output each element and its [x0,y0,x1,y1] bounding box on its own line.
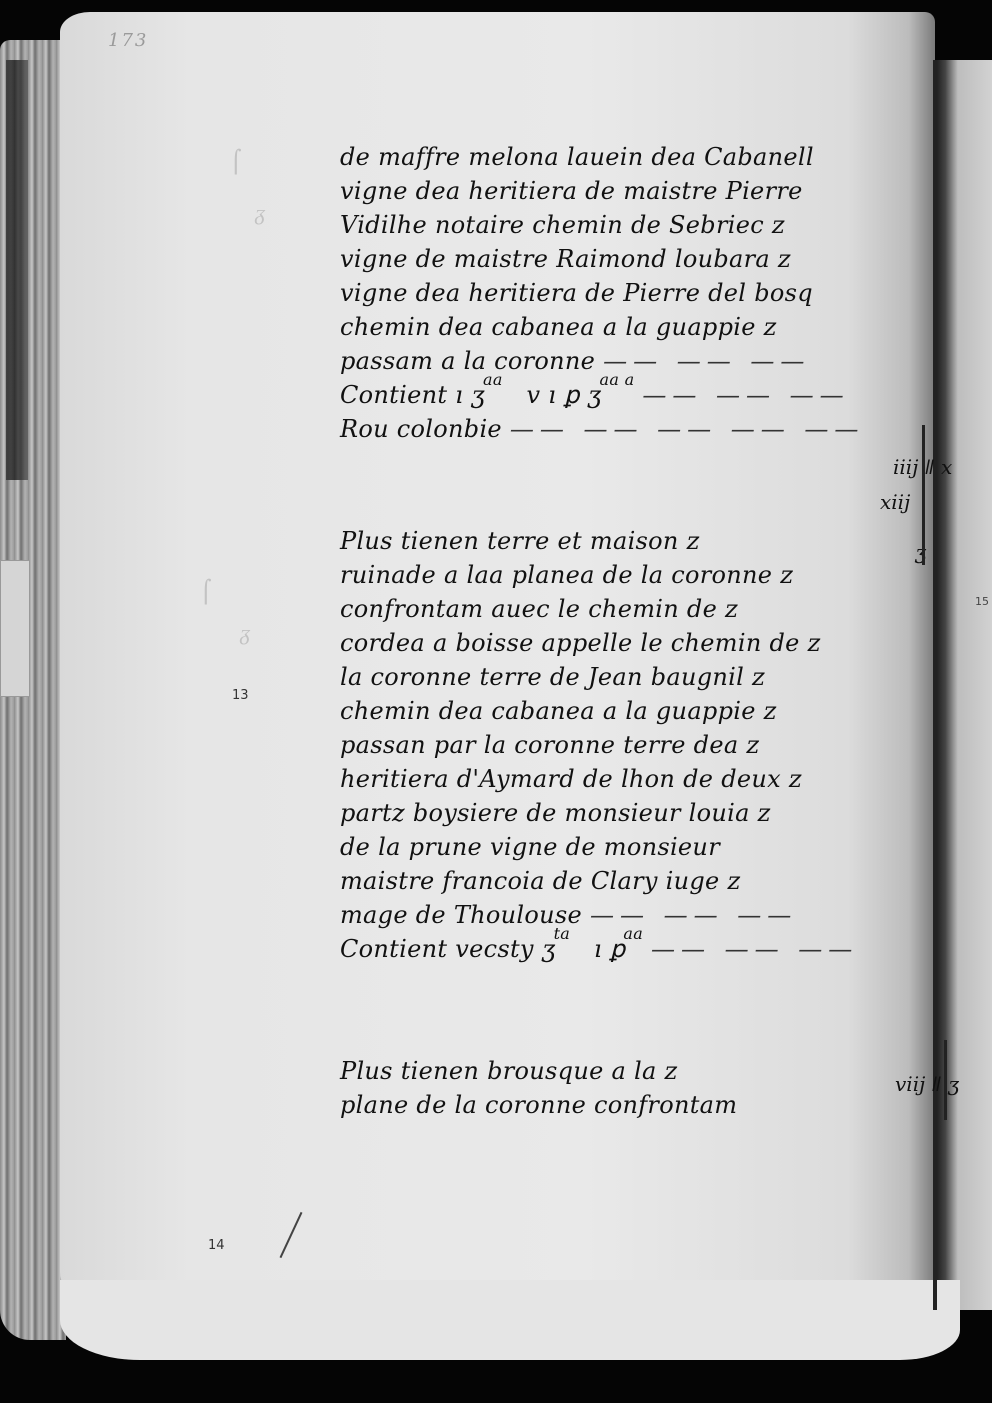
entry-number-14: 14 [208,1238,225,1253]
text-line: chemin dea cabanea a la guappie ᴢ [340,694,900,728]
line-filler: —— —— —— —— —— [510,415,865,443]
text-line: Plus tienen brousque a la ᴢ [340,1054,900,1088]
entry-12-text: de maffre melona lauein dea Cabanell vig… [340,140,900,1122]
text-line: chemin dea cabanea a la guappie ᴢ [340,310,900,344]
contient-line: Contient ı ʒaa v ı ꝑ ʒaa a —— —— —— [340,378,900,412]
measure-value: ı ꝑ [594,935,625,963]
text-line: la coronne terre de Jean baugnil ᴢ [340,660,900,694]
margin-sum-entry-12-bottom: xiij [880,490,910,514]
facing-page-number: 15 [975,595,989,608]
text-line: Vidilhe notaire chemin de Sebriec ᴢ [340,208,900,242]
text-segment: mage de Thoulouse [340,901,582,929]
measure-value: ı ʒ [455,381,485,409]
text-line: vigne de maistre Raimond loubara ᴢ [340,242,900,276]
measure-superscript: aa [483,370,503,389]
text-line: vigne dea heritiera de Pierre del bosq [340,276,900,310]
text-line: vigne dea heritiera de maistre Pierre [340,174,900,208]
measure-superscript: ta [554,924,571,943]
bleed-through-mark: ᵹ [240,620,250,646]
bleed-through-mark: ⌠ [230,150,241,175]
text-line: passan par la coronne terre dea ᴢ [340,728,900,762]
text-segment: Rou colonbie [340,415,502,443]
text-line: confrontam auec le chemin de ᴢ [340,592,900,626]
page-bottom-edge [60,1280,960,1360]
text-line: cordea a boisse appelle le chemin de ᴢ [340,626,900,660]
measure-value: v ı ꝑ ʒ [526,381,601,409]
text-line: de maffre melona lauein dea Cabanell [340,140,900,174]
facing-page-edge [935,60,992,1310]
spacer [340,966,900,1054]
text-segment: passam a la coronne [340,347,595,375]
text-line: heritiera d'Aymard de lhon de deux ᴢ [340,762,900,796]
text-line: maistre francoia de Clary iuge ᴢ [340,864,900,898]
text-line: Rou colonbie —— —— —— —— —— [340,412,900,446]
contient-label: Contient [340,381,447,409]
binding-shadow [6,60,28,480]
measure-superscript: aa a [600,370,635,389]
margin-sum-entry-13: viij ǁ ʒ [895,1072,959,1096]
contient-line: Contient vecsty ʒta ı ꝑaa —— —— —— [340,932,900,966]
text-line: de la prune vigne de monsieur [340,830,900,864]
line-filler: —— —— —— [651,935,858,963]
gutter [933,60,937,1310]
folio-number: 173 [108,30,148,51]
contient-prefix: vecsty [455,935,534,963]
text-line: ruinade a laa planea de la coronne ᴢ [340,558,900,592]
paper-tab [0,560,30,697]
bleed-through-mark: ᵹ [255,200,265,226]
line-filler: —— —— —— [590,901,797,929]
text-line: partz boysiere de monsieur louia ᴢ [340,796,900,830]
entry-number-13: 13 [232,688,249,703]
measure-superscript: aa [623,924,643,943]
spacer [340,446,900,524]
text-line: mage de Thoulouse —— —— —— [340,898,900,932]
text-line: Plus tienen terre et maison ᴢ [340,524,900,558]
margin-brace [944,1040,947,1120]
line-filler: —— —— —— [642,381,849,409]
bleed-through-mark: ⌠ [200,580,211,605]
margin-brace [922,425,925,565]
contient-label: Contient [340,935,447,963]
line-filler: —— —— —— [603,347,810,375]
text-line: plane de la coronne confrontam [340,1088,900,1122]
